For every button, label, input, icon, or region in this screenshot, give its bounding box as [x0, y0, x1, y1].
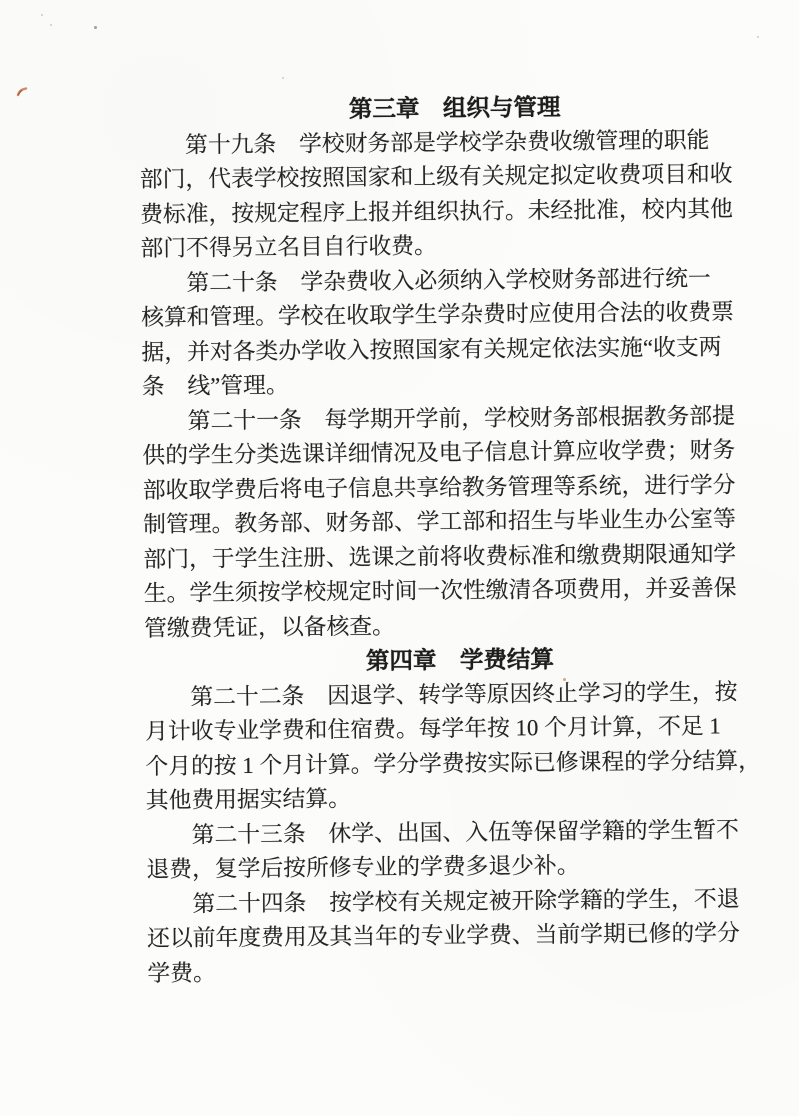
document-line: 学费。 [147, 951, 742, 991]
document-line: 其他费用据实结算。 [146, 778, 741, 818]
document-line: 月计收专业学费和住宿费。每学年按 10 个月计算，不足 1 [145, 709, 740, 749]
chapter-heading: 第四章 学费结算 [144, 640, 739, 680]
document-line: 据，并对各类办学收入按照国家有关规定依法实施“收支两 [141, 330, 736, 370]
scan-speck [94, 26, 97, 29]
document-line: 第二十二条 因退学、转学等原因终止学习的学生，按 [145, 675, 740, 715]
document-line: 生。学生须按学校规定时间一次性缴清各项费用，并妥善保 [144, 571, 739, 611]
document-line: 费标准，按规定程序上报并组织执行。未经批准，校内其他 [140, 192, 735, 232]
document-line: 部收取学费后将电子信息共享给教务管理等系统，进行学分 [143, 468, 738, 508]
scan-speck [50, 24, 52, 26]
scan-speck [282, 77, 284, 79]
document-line: 退费，复学后按所修专业的学费多退少补。 [146, 847, 741, 887]
document-line: 第二十四条 按学校有关规定被开除学籍的学生，不退 [147, 882, 742, 922]
document-line: 供的学生分类选课详细情况及电子信息计算应收学费；财务 [142, 433, 737, 473]
document-line: 条 线”管理。 [142, 364, 737, 404]
document-line: 核算和管理。学校在收取学生学杂费时应使用合法的收费票 [141, 295, 736, 335]
document-line: 还以前年度费用及其当年的专业学费、当前学期已修的学分 [147, 916, 742, 956]
document-line: 第二十一条 每学期开学前，学校财务部根据教务部提 [142, 399, 737, 439]
scan-speck [41, 14, 43, 16]
document-line: 部门，代表学校按照国家和上级有关规定拟定收费项目和收 [140, 157, 735, 197]
document-line: 第十九条 学校财务部是学校学杂费收缴管理的职能 [139, 123, 734, 163]
red-ink-mark [16, 85, 32, 99]
scanned-document-page: 第三章 组织与管理 第十九条 学校财务部是学校学杂费收缴管理的职能 部门，代表学… [0, 0, 799, 1116]
document-line: 部门不得另立名目自行收费。 [140, 226, 735, 266]
document-line: 制管理。教务部、财务部、学工部和招生与毕业生办公室等 [143, 502, 738, 542]
scan-speck [757, 36, 759, 38]
document-line: 第二十条 学杂费收入必须纳入学校财务部进行统一 [141, 261, 736, 301]
document-line: 第二十三条 休学、出国、入伍等保留学籍的学生暂不 [146, 813, 741, 853]
chapter-heading: 第三章 组织与管理 [139, 88, 734, 128]
document-line: 个月的按 1 个月计算。学分学费按实际已修课程的学分结算， [145, 744, 740, 784]
document-line: 部门，于学生注册、选课之前将收费标准和缴费期限通知学 [143, 537, 738, 577]
document-line: 管缴费凭证，以备核查。 [144, 606, 739, 646]
document-body: 第三章 组织与管理 第十九条 学校财务部是学校学杂费收缴管理的职能 部门，代表学… [139, 88, 743, 991]
